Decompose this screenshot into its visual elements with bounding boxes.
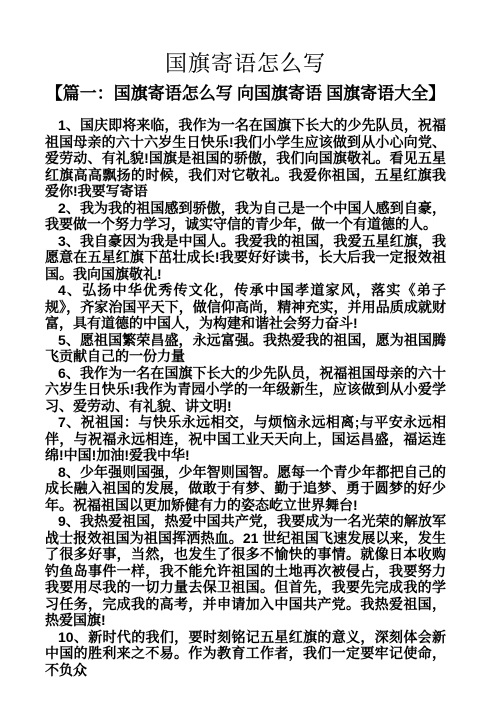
message-paragraph: 2、我为我的祖国感到骄傲，我为自己是一个中国人感到自豪，我要做一个努力学习，诚实… — [45, 200, 446, 233]
message-paragraph: 10、新时代的我们，要时刻铭记五星红旗的意义，深刻体会新中国的胜利来之不易。作为… — [45, 629, 446, 679]
message-paragraph: 3、我自豪因为我是中国人。我爱我的祖国，我爱五星红旗，我愿意在五星红旗下茁壮成长… — [45, 233, 446, 283]
message-paragraph: 8、少年强则国强，少年智则国智。愿每一个青少年都把自己的成长融入祖国的发展，做敢… — [45, 464, 446, 514]
document-subtitle: 【篇一：国旗寄语怎么写 向国旗寄语 国旗寄语大全】 — [45, 83, 446, 105]
message-paragraph: 1、国庆即将来临，我作为一名在国旗下长大的少先队员，祝福祖国母亲的六十六岁生日快… — [45, 117, 446, 200]
message-paragraph: 6、我作为一名在国旗下长大的少先队员，祝福祖国母亲的六十六岁生日快乐!我作为青园… — [45, 365, 446, 415]
document-body: 1、国庆即将来临，我作为一名在国旗下长大的少先队员，祝福祖国母亲的六十六岁生日快… — [45, 117, 446, 678]
message-paragraph: 4、弘扬中华优秀传文化，传承中国孝道家风，落实《弟子规》，齐家治国平天下，做信仰… — [45, 282, 446, 332]
message-paragraph: 9、我热爱祖国，热爱中国共产党，我要成为一名光荣的解放军战士报效祖国为祖国挥洒热… — [45, 513, 446, 629]
message-paragraph: 5、愿祖国繁荣昌盛，永远富强。我热爱我的祖国，愿为祖国腾飞贡献自己的一份力量 — [45, 332, 446, 365]
document-title: 国旗寄语怎么写 — [45, 50, 446, 78]
document-page: 国旗寄语怎么写 【篇一：国旗寄语怎么写 向国旗寄语 国旗寄语大全】 1、国庆即将… — [0, 0, 496, 702]
message-paragraph: 7、祝祖国：与快乐永远相交，与烦恼永远相离;与平安永远相伴，与祝福永远相连，祝中… — [45, 414, 446, 464]
